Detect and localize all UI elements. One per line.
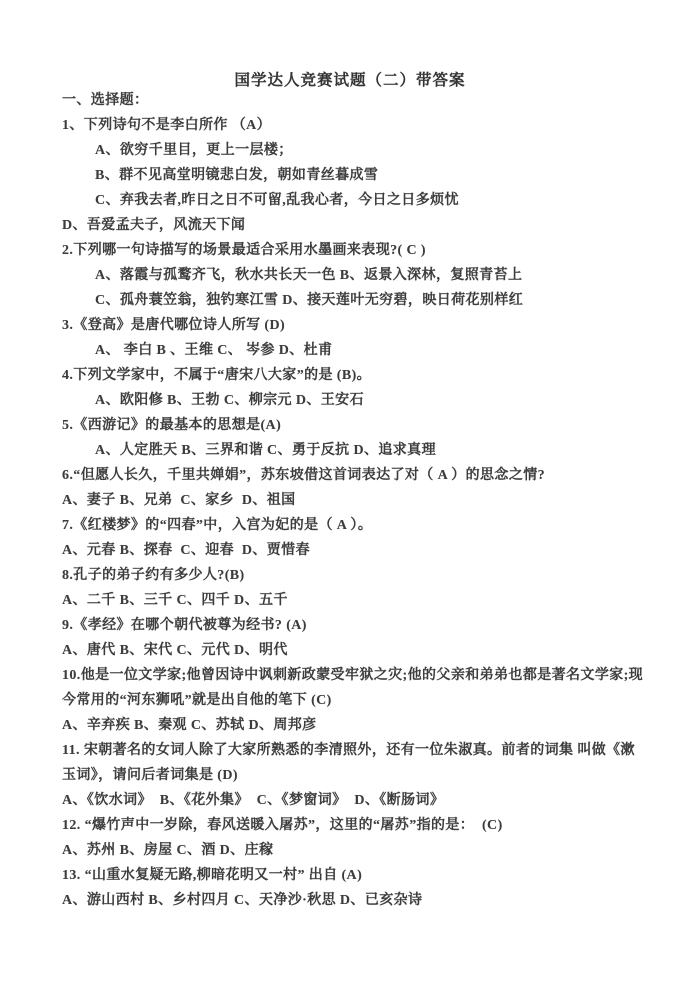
q1-option-c: C、弃我去者,昨日之日不可留,乱我心者，今日之日多烦忧 <box>62 188 670 213</box>
q11-options: A、《饮水词》 B、《花外集》 C、《梦窗词》 D、《断肠词》 <box>62 788 670 813</box>
q1-option-a: A、欲穷千里目，更上一层楼； <box>62 138 670 163</box>
q7-options: A、元春 B、探春 C、迎春 D、贾惜春 <box>62 538 670 563</box>
q11-stem-line2: 玉词》，请问后者词集是 (D) <box>62 763 670 788</box>
q5-stem: 5.《西游记》的最基本的思想是(A) <box>62 413 670 438</box>
q6-options: A、妻子 B、兄弟 C、家乡 D、祖国 <box>62 488 670 513</box>
document-body: 一、选择题： 1、下列诗句不是李白所作 （A） A、欲穷千里目，更上一层楼； B… <box>62 88 670 913</box>
q3-stem: 3.《登高》是唐代哪位诗人所写 (D) <box>62 313 670 338</box>
document-title: 国学达人竞赛试题（二）带答案 <box>0 68 700 90</box>
q13-options: A、游山西村 B、乡村四月 C、天净沙·秋思 D、已亥杂诗 <box>62 888 670 913</box>
q3-options: A、 李白 B 、王维 C、 岑参 D、杜甫 <box>62 338 670 363</box>
q12-stem: 12. “爆竹声中一岁除，春风送暖入屠苏”，这里的“屠苏”指的是： (C) <box>62 813 670 838</box>
q1-option-d: D、吾爱孟夫子，风流天下闻 <box>62 213 670 238</box>
section-heading: 一、选择题： <box>62 88 670 113</box>
q9-stem: 9.《孝经》在哪个朝代被尊为经书? (A) <box>62 613 670 638</box>
q6-stem: 6.“但愿人长久，千里共婵娟”，苏东坡借这首词表达了对（ A ）的思念之情? <box>62 463 670 488</box>
q2-options-ab: A、落霞与孤鹜齐飞，秋水共长天一色 B、返景入深林，复照青苔上 <box>62 263 670 288</box>
q11-stem-line1: 11. 宋朝著名的女词人除了大家所熟悉的李清照外，还有一位朱淑真。前者的词集 叫… <box>62 738 670 763</box>
q9-options: A、唐代 B、宋代 C、元代 D、明代 <box>62 638 670 663</box>
q10-options: A、辛弃疾 B、秦观 C、苏轼 D、周邦彦 <box>62 713 670 738</box>
q7-stem: 7.《红楼梦》的“四春”中，入宫为妃的是（ A ）。 <box>62 513 670 538</box>
q12-options: A、苏州 B、房屋 C、酒 D、庄稼 <box>62 838 670 863</box>
q5-options: A、人定胜天 B、三界和谐 C、勇于反抗 D、追求真理 <box>62 438 670 463</box>
q4-options: A、欧阳修 B、王勃 C、柳宗元 D、王安石 <box>62 388 670 413</box>
q8-stem: 8.孔子的弟子约有多少人?(B) <box>62 563 670 588</box>
q10-stem-line1: 10.他是一位文学家;他曾因诗中讽刺新政蒙受牢狱之灾;他的父亲和弟弟也都是著名文… <box>62 663 670 688</box>
q2-stem: 2.下列哪一句诗描写的场景最适合采用水墨画来表现?( C ) <box>62 238 670 263</box>
q10-stem-line2: 今常用的“河东狮吼”就是出自他的笔下 (C) <box>62 688 670 713</box>
q4-stem: 4.下列文学家中，不属于“唐宋八大家”的是 (B)。 <box>62 363 670 388</box>
q8-options: A、二千 B、三千 C、四千 D、五千 <box>62 588 670 613</box>
q1-stem: 1、下列诗句不是李白所作 （A） <box>62 113 670 138</box>
q2-options-cd: C、孤舟蓑笠翁，独钓寒江雪 D、接天莲叶无穷碧，映日荷花别样红 <box>62 288 670 313</box>
q1-option-b: B、群不见高堂明镜悲白发，朝如青丝暮成雪 <box>62 163 670 188</box>
document-page: 国学达人竞赛试题（二）带答案 一、选择题： 1、下列诗句不是李白所作 （A） A… <box>0 0 700 989</box>
q13-stem: 13. “山重水复疑无路,柳暗花明又一村” 出自 (A) <box>62 863 670 888</box>
